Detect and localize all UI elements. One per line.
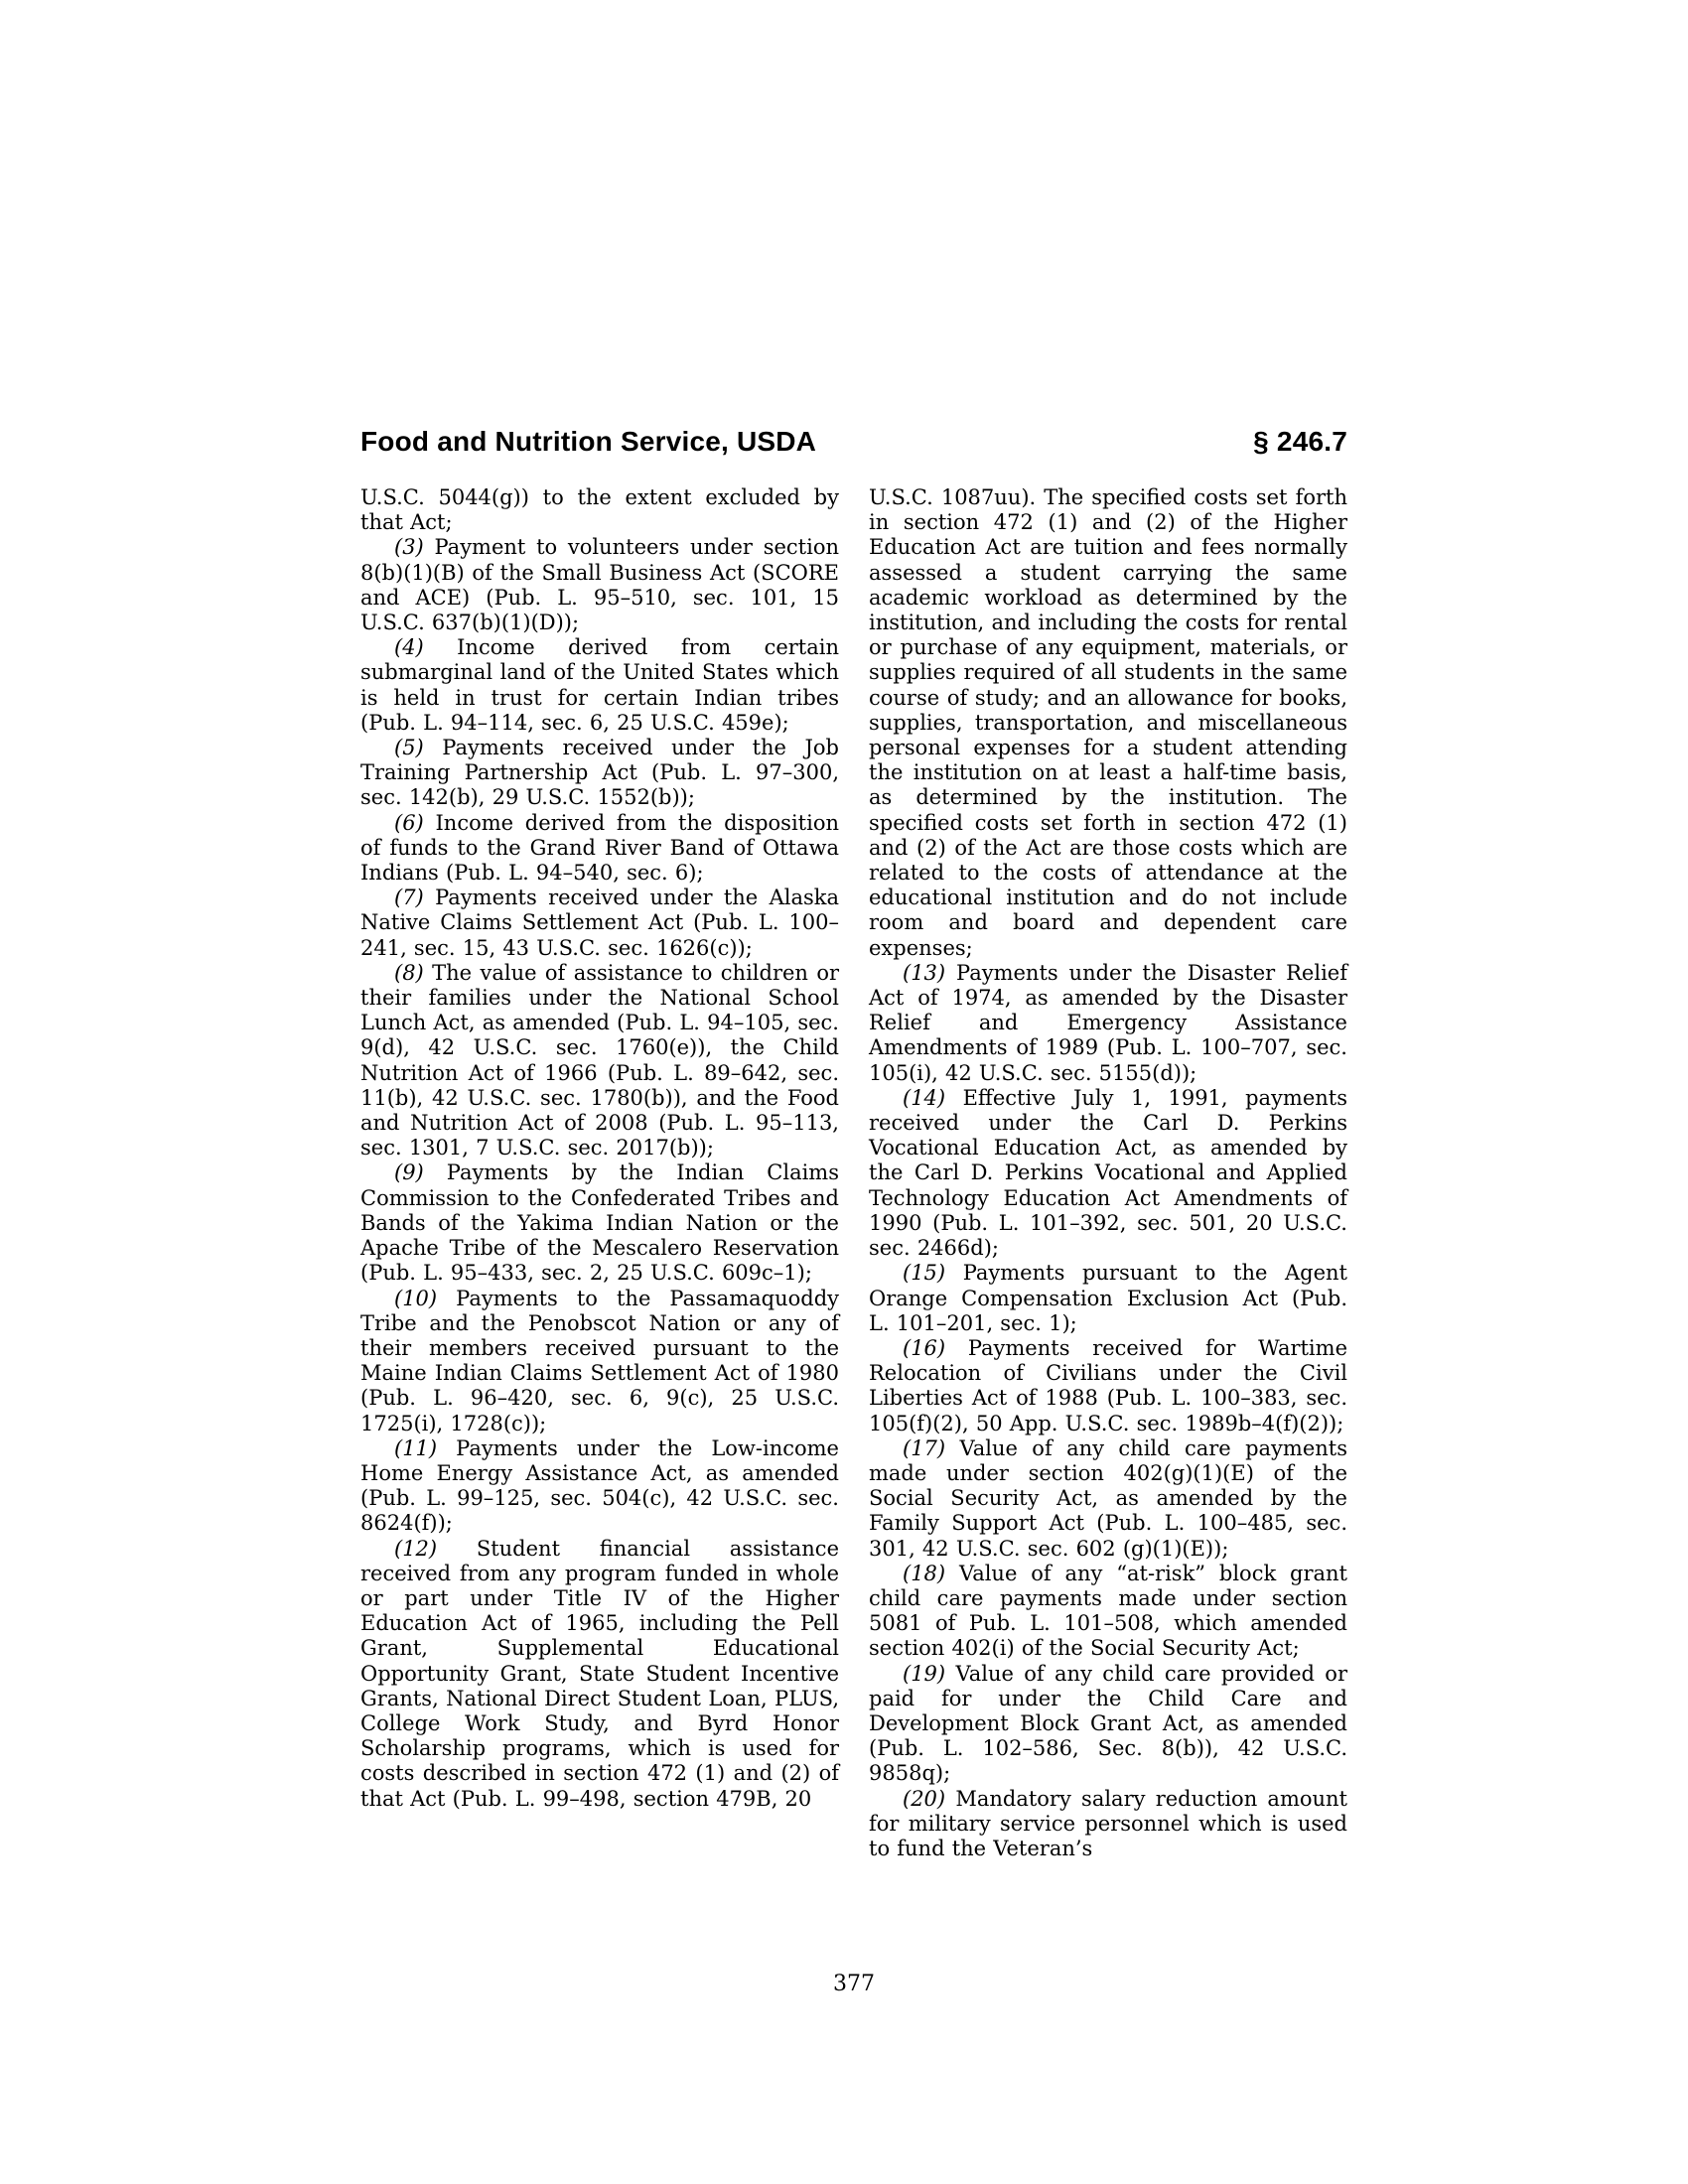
paragraph-number: (10): [394, 1287, 437, 1310]
paragraph-number: (13): [903, 961, 945, 985]
body-columns: U.S.C. 5044(g)) to the extent excluded b…: [360, 485, 1347, 1861]
paragraph-number: (17): [903, 1436, 945, 1460]
body-paragraph: (17) Value of any child care payments ma…: [869, 1436, 1347, 1562]
body-paragraph: U.S.C. 5044(g)) to the extent excluded b…: [360, 485, 839, 535]
body-paragraph: (6) Income derived from the disposition …: [360, 811, 839, 887]
paragraph-number: (15): [903, 1261, 945, 1285]
paragraph-number: (8): [394, 961, 424, 985]
body-paragraph: (5) Payments received under the Job Trai…: [360, 736, 839, 811]
paragraph-number: (11): [394, 1436, 437, 1460]
paragraph-number: (14): [903, 1086, 945, 1110]
paragraph-number: (20): [903, 1787, 945, 1811]
paragraph-number: (5): [394, 736, 424, 759]
paragraph-number: (3): [394, 535, 424, 559]
header-section-number: § 246.7: [1253, 426, 1347, 458]
body-paragraph: (19) Value of any child care provided or…: [869, 1662, 1347, 1787]
paragraph-number: (7): [394, 886, 424, 909]
paragraph-number: (16): [903, 1336, 945, 1360]
body-paragraph: (16) Payments received for Wartime Reloc…: [869, 1336, 1347, 1436]
body-paragraph: (18) Value of any “at-risk” block grant …: [869, 1562, 1347, 1662]
document-page: Food and Nutrition Service, USDA § 246.7…: [0, 0, 1688, 2184]
header-agency-title: Food and Nutrition Service, USDA: [360, 426, 816, 458]
paragraph-number: (18): [903, 1562, 945, 1585]
left-column: U.S.C. 5044(g)) to the extent excluded b…: [360, 485, 839, 1861]
body-paragraph: U.S.C. 1087uu). The specified costs set …: [869, 485, 1347, 961]
body-paragraph: (13) Payments under the Disaster Relief …: [869, 961, 1347, 1086]
paragraph-number: (6): [394, 811, 424, 835]
right-column: U.S.C. 1087uu). The specified costs set …: [869, 485, 1347, 1861]
body-paragraph: (10) Payments to the Passamaquoddy Tribe…: [360, 1287, 839, 1436]
body-paragraph: (20) Mandatory salary reduction amount f…: [869, 1787, 1347, 1862]
body-paragraph: (11) Payments under the Low-income Home …: [360, 1436, 839, 1537]
body-paragraph: (7) Payments received under the Alaska N…: [360, 886, 839, 961]
body-paragraph: (14) Effective July 1, 1991, payments re…: [869, 1086, 1347, 1261]
body-paragraph: (9) Payments by the Indian Claims Commis…: [360, 1160, 839, 1286]
page-number: 377: [360, 1972, 1347, 1996]
paragraph-number: (4): [394, 635, 424, 659]
paragraph-number: (9): [394, 1160, 424, 1184]
body-paragraph: (15) Payments pursuant to the Agent Oran…: [869, 1261, 1347, 1336]
body-paragraph: (8) The value of assistance to children …: [360, 961, 839, 1161]
page-content: Food and Nutrition Service, USDA § 246.7…: [360, 0, 1347, 2184]
body-paragraph: (4) Income derived from certain submargi…: [360, 635, 839, 736]
body-paragraph: (12) Student financial assistance receiv…: [360, 1537, 839, 1812]
paragraph-number: (19): [903, 1662, 945, 1686]
paragraph-number: (12): [394, 1537, 437, 1561]
page-header: Food and Nutrition Service, USDA § 246.7: [360, 426, 1347, 458]
body-paragraph: (3) Payment to volunteers under section …: [360, 535, 839, 635]
